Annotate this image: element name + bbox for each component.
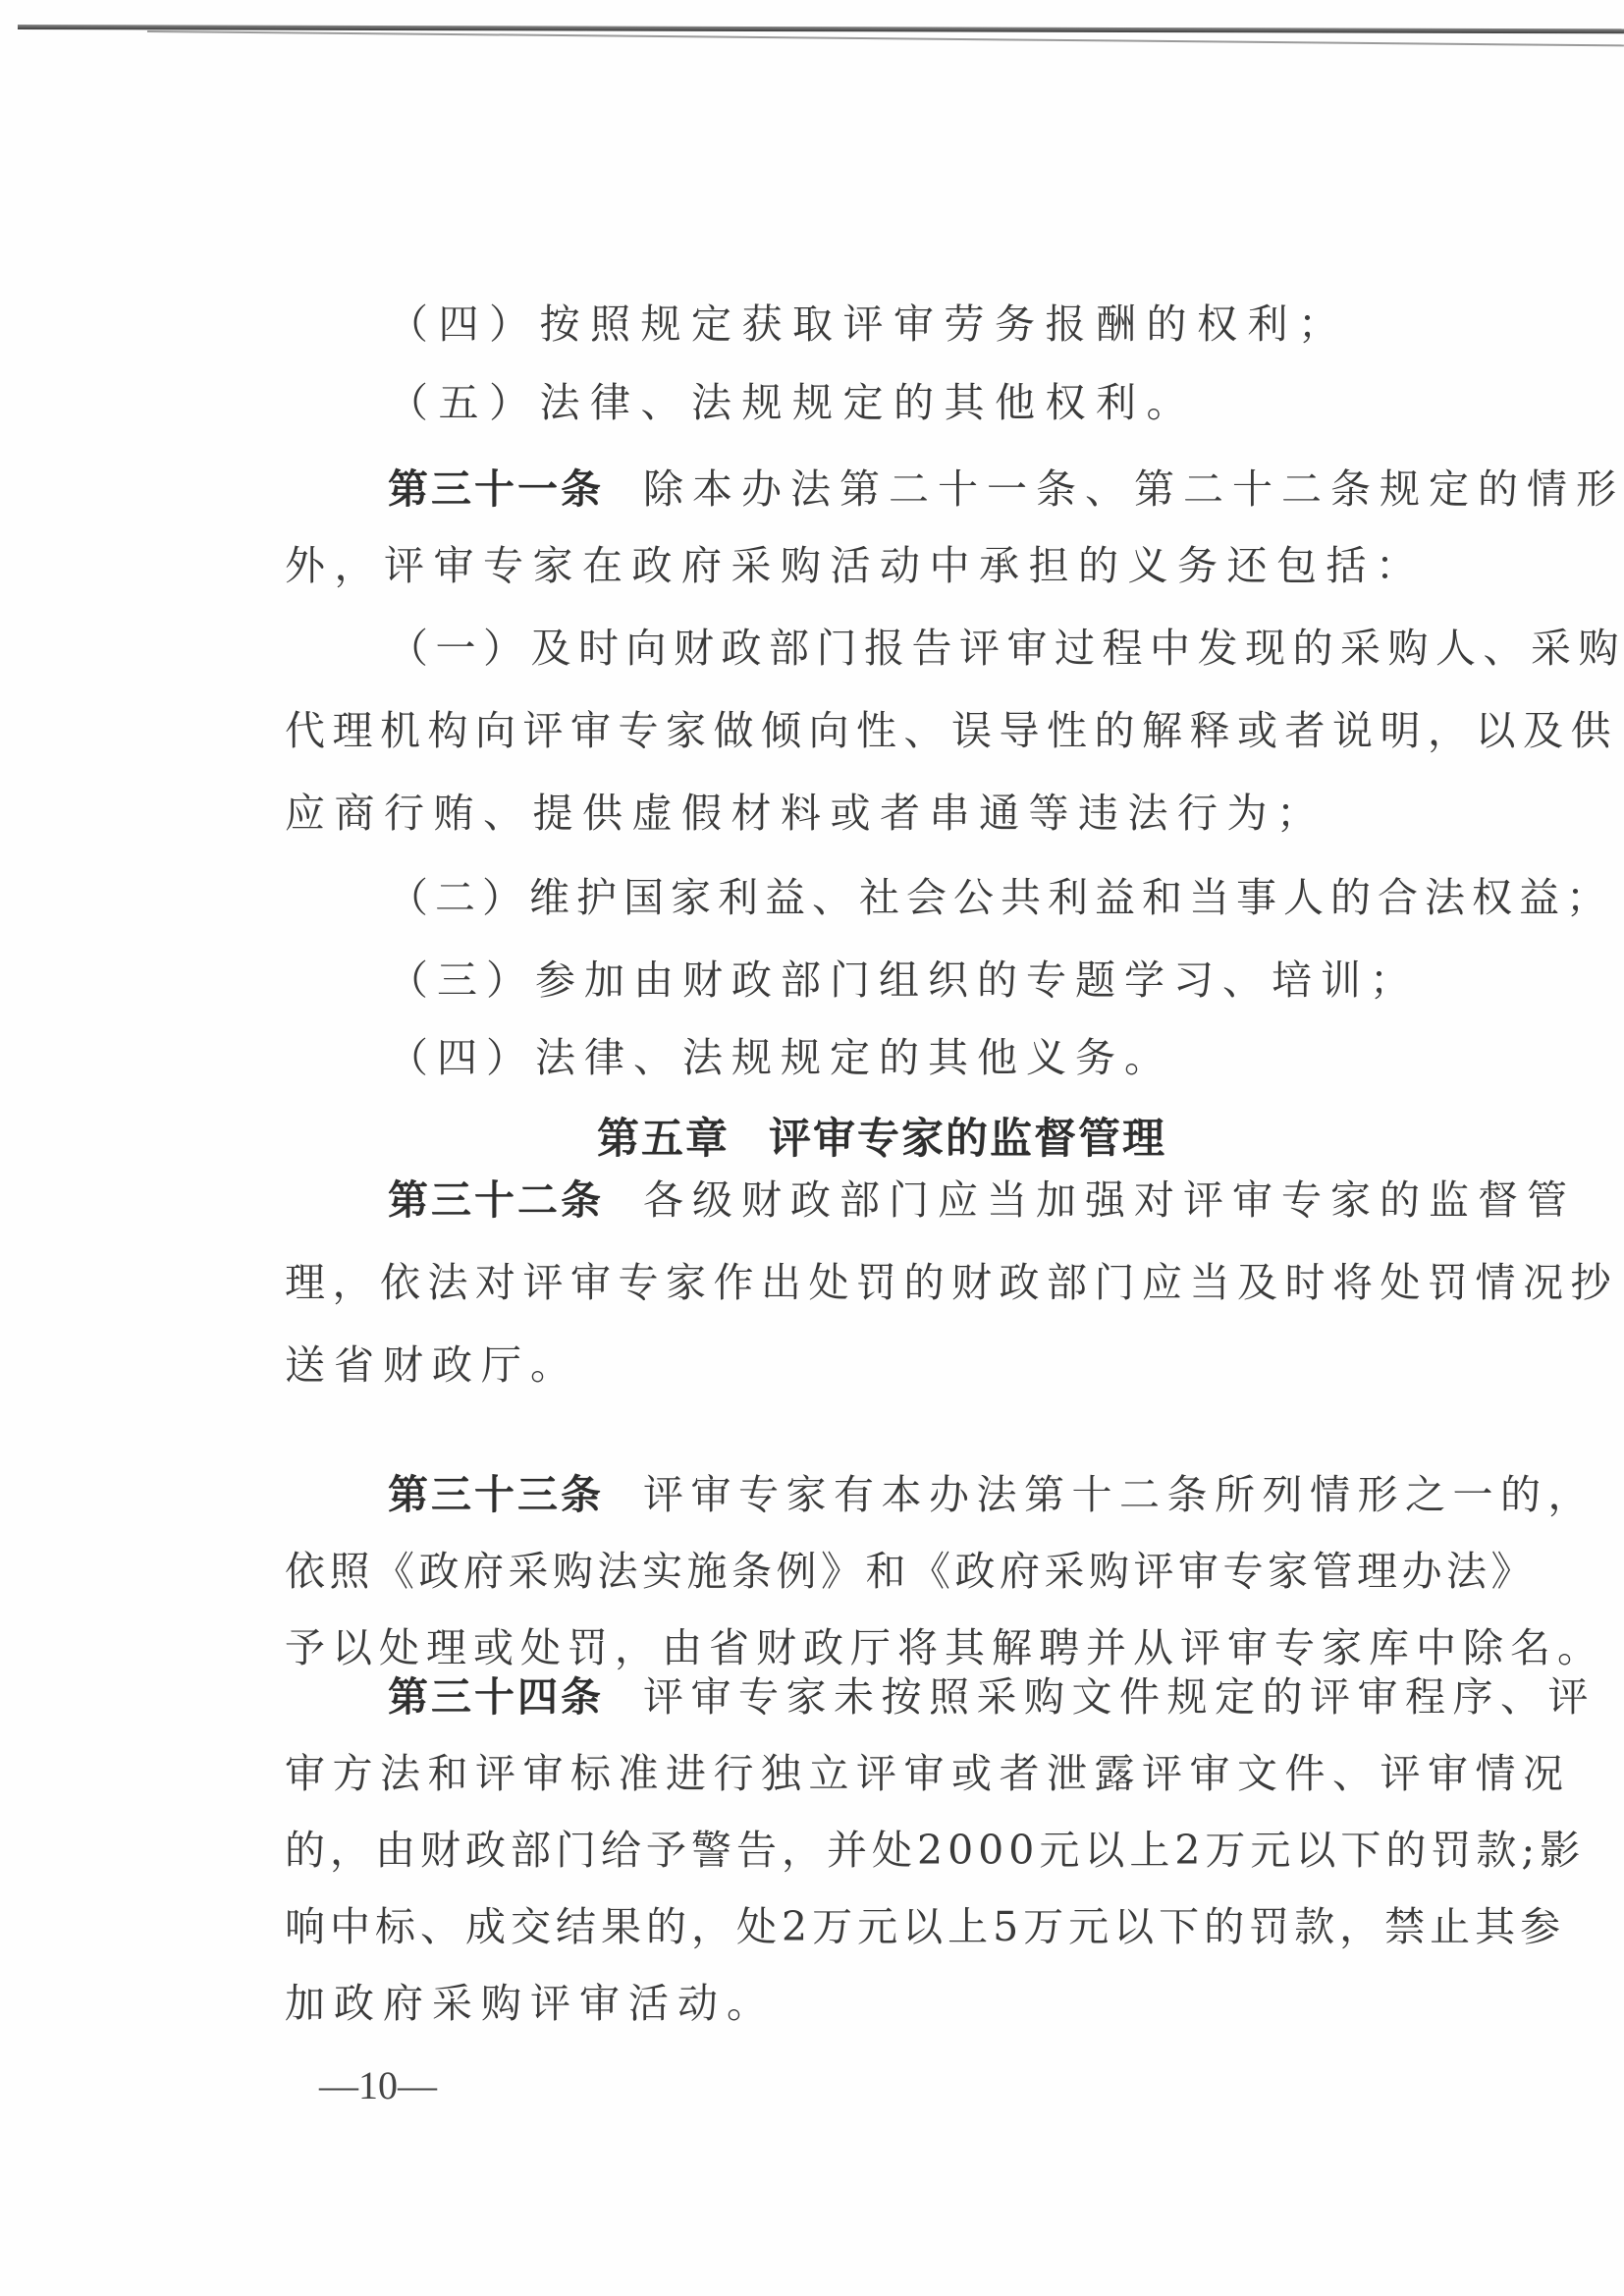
paragraph-line: （五）法律、法规规定的其他权利。 bbox=[388, 361, 1473, 444]
paragraph-line: 代理机构向评审专家做倾向性、误导性的解释或者说明，以及供 bbox=[285, 689, 1473, 772]
article-number: 第三十三条 bbox=[388, 1471, 604, 1518]
chapter-number: 第五章 bbox=[597, 1115, 730, 1164]
article-number: 第三十一条 bbox=[388, 465, 604, 513]
paragraph-line: （三）参加由财政部门组织的专题学习、培训； bbox=[388, 939, 1473, 1021]
paragraph-line: 的，由财政部门给予警告，并处2000元以上2万元以下的罚款;影 bbox=[285, 1809, 1473, 1891]
chapter-title: 评审专家的监督管理 bbox=[769, 1115, 1166, 1164]
article-text: 除本办法第二十一条、第二十二条规定的情形 bbox=[643, 465, 1624, 513]
scanned-document-page: （四）按照规定获取评审劳务报酬的权利； （五）法律、法规规定的其他权利。 第三十… bbox=[0, 0, 1624, 2296]
paragraph-line: 响中标、成交结果的，处2万元以上5万元以下的罚款，禁止其参 bbox=[285, 1886, 1473, 1968]
article-number: 第三十二条 bbox=[388, 1176, 604, 1224]
article-text: 评审专家未按照采购文件规定的评审程序、评 bbox=[643, 1673, 1596, 1721]
paragraph-line: 审方法和评审标准进行独立评审或者泄露评审文件、评审情况 bbox=[285, 1732, 1473, 1815]
paragraph-line: 送省财政厅。 bbox=[285, 1324, 1473, 1406]
article-34-line: 第三十四条评审专家未按照采购文件规定的评审程序、评 bbox=[388, 1656, 1473, 1738]
article-32-line: 第三十二条各级财政部门应当加强对评审专家的监督管 bbox=[388, 1159, 1473, 1241]
paragraph-line: 依照《政府采购法实施条例》和《政府采购评审专家管理办法》 bbox=[285, 1530, 1473, 1613]
page-number: —10— bbox=[319, 2062, 437, 2108]
paragraph-line: （四）法律、法规规定的其他义务。 bbox=[388, 1016, 1473, 1099]
article-number: 第三十四条 bbox=[388, 1673, 604, 1721]
paragraph-line: （一）及时向财政部门报告评审过程中发现的采购人、采购 bbox=[388, 607, 1473, 689]
paragraph-line: （二）维护国家利益、社会公共利益和当事人的合法权益； bbox=[388, 856, 1473, 939]
article-text: 评审专家有本办法第十二条所列情形之一的， bbox=[643, 1471, 1596, 1518]
article-text: 各级财政部门应当加强对评审专家的监督管 bbox=[643, 1176, 1576, 1224]
paragraph-line: 理，依法对评审专家作出处罚的财政部门应当及时将处罚情况抄 bbox=[285, 1241, 1473, 1324]
article-33-line: 第三十三条评审专家有本办法第十二条所列情形之一的， bbox=[388, 1453, 1473, 1536]
paragraph-line: 应商行贿、提供虚假材料或者串通等违法行为； bbox=[285, 772, 1473, 854]
paragraph-line: 外，评审专家在政府采购活动中承担的义务还包括： bbox=[285, 524, 1473, 607]
paragraph-line: （四）按照规定获取评审劳务报酬的权利； bbox=[388, 283, 1473, 365]
article-31-line: 第三十一条除本办法第二十一条、第二十二条规定的情形 bbox=[388, 448, 1473, 530]
paragraph-line: 加政府采购评审活动。 bbox=[285, 1962, 1473, 2045]
